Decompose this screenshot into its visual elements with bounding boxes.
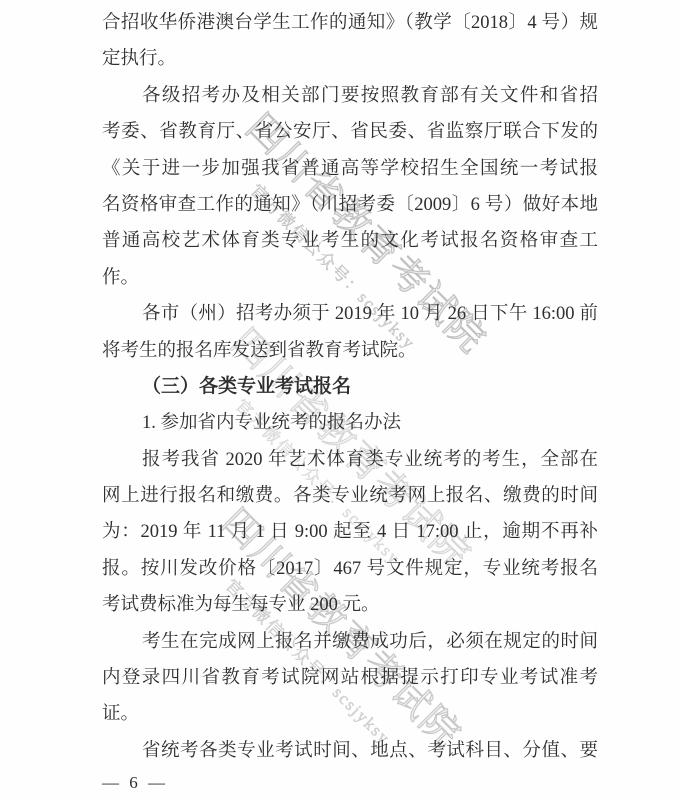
text-line: 1. 参加省内专业统考的报名办法 (102, 405, 598, 441)
document-page: 四川省教育考试院 官方微信公众号：scsjyksy 四川省教育考试院 官方微信公… (0, 0, 680, 802)
text-line: 名资格审查工作的通知》（川招考委〔2009〕6 号）做好本地 (102, 187, 598, 223)
text-line: 《关于进一步加强我省普通高等学校招生全国统一考试报 (102, 151, 598, 187)
text-line: 省统考各类专业考试时间、地点、考试科目、分值、要 (102, 733, 598, 769)
text-line: 报考我省 2020 年艺术体育类专业统考的考生，全部在 (102, 442, 598, 478)
text-line: 合招收华侨港澳台学生工作的通知》（教学〔2018〕4 号）规 (102, 5, 598, 41)
text-line: 内登录四川省教育考试院网站根据提示打印专业考试准考 (102, 660, 598, 696)
text-line: 证。 (102, 696, 598, 732)
text-line: 普通高校艺术体育类专业考生的文化考试报名资格审查工 (102, 223, 598, 259)
page-number: — 6 — (102, 770, 168, 796)
text-line: 网上进行报名和缴费。各类专业统考网上报名、缴费的时间 (102, 478, 598, 514)
document-body: 合招收华侨港澳台学生工作的通知》（教学〔2018〕4 号）规定执行。各级招考办及… (102, 5, 598, 769)
text-line: 定执行。 (102, 41, 598, 77)
text-line: 将考生的报名库发送到省教育考试院。 (102, 333, 598, 369)
text-line: 报。按川发改价格〔2017〕467 号文件规定，专业统考报名 (102, 551, 598, 587)
text-line: 各级招考办及相关部门要按照教育部有关文件和省招 (102, 78, 598, 114)
heading-line: （三）各类专业考试报名 (102, 369, 598, 405)
text-line: 各市（州）招考办须于 2019 年 10 月 26 日下午 16:00 前 (102, 296, 598, 332)
text-line: 作。 (102, 260, 598, 296)
text-line: 为：2019 年 11 月 1 日 9:00 起至 4 日 17:00 止，逾期… (102, 514, 598, 550)
text-line: 考委、省教育厅、省公安厅、省民委、省监察厅联合下发的 (102, 114, 598, 150)
text-line: 考生在完成网上报名并缴费成功后，必须在规定的时间 (102, 624, 598, 660)
text-line: 考试费标准为每生每专业 200 元。 (102, 587, 598, 623)
